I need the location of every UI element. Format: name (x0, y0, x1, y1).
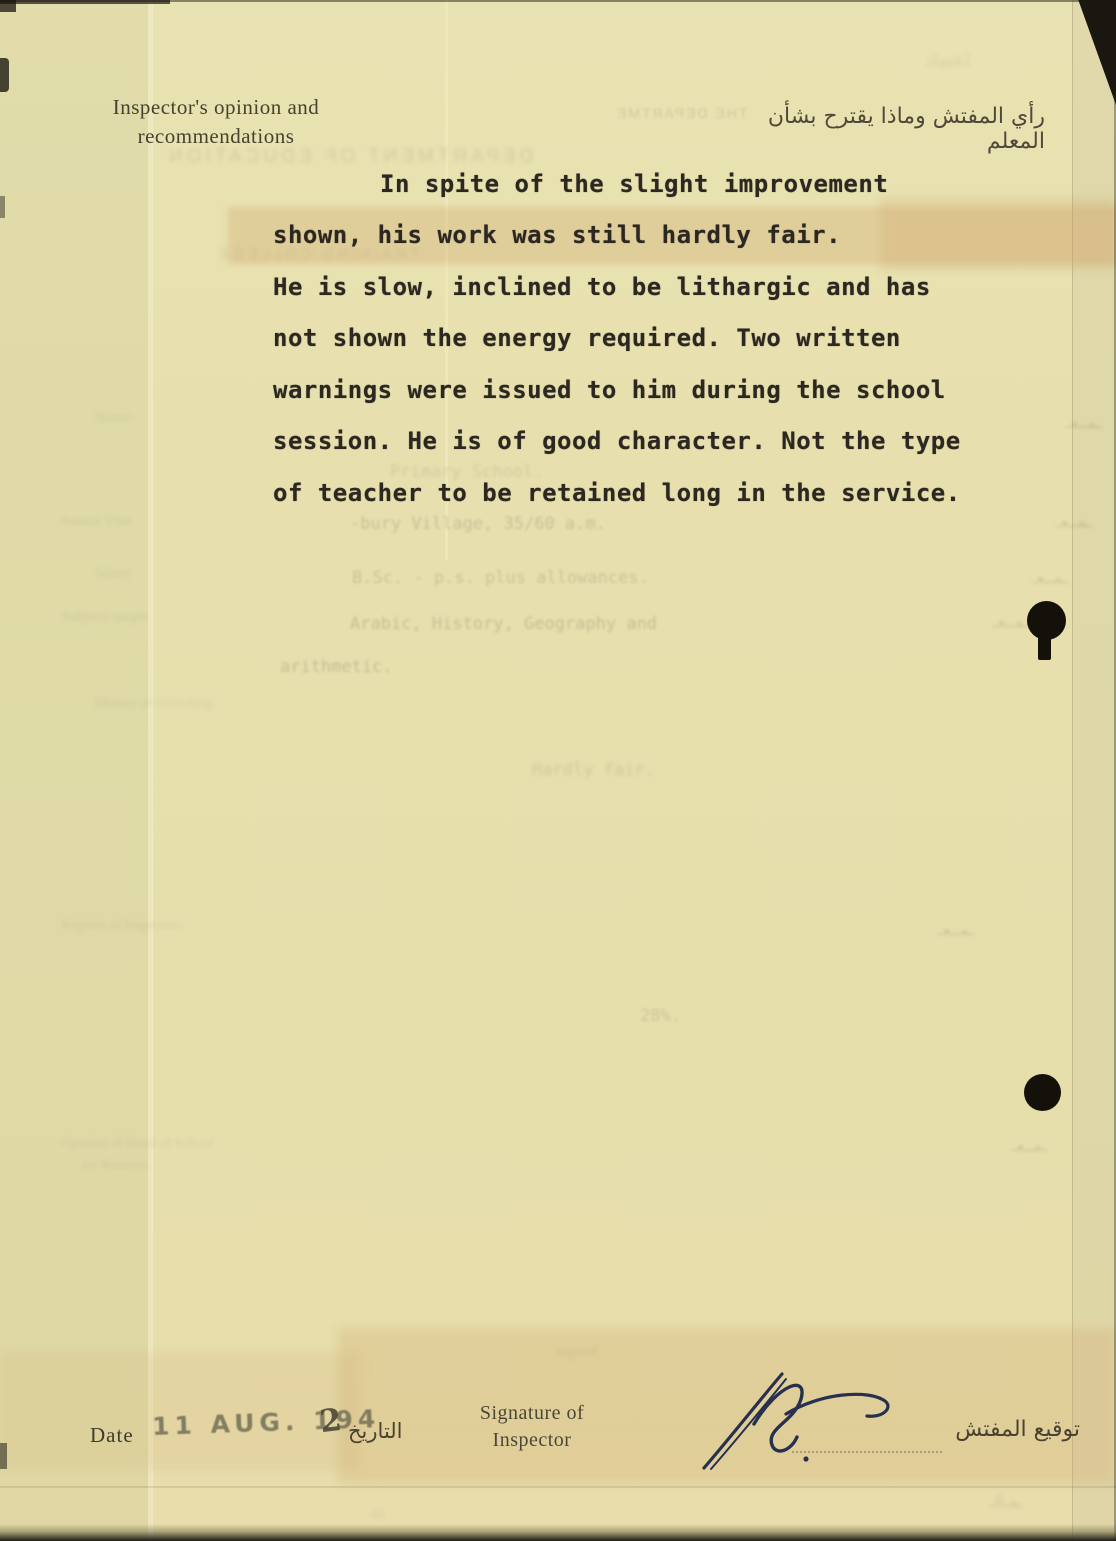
bleedthrough-text: Arabic, History, Geography and (350, 614, 657, 634)
date-label: Date (90, 1423, 134, 1448)
inspector-signature (688, 1366, 898, 1471)
bleedthrough-arabic-smudge: ـمــعـ (1056, 512, 1092, 531)
bleedthrough-text: Primary School. (390, 462, 544, 482)
page-edge-top-left (0, 0, 170, 4)
bleedthrough-text: THE DEPARTME (615, 105, 747, 121)
page-edge-bottom (0, 1524, 1116, 1541)
bleedthrough-text: signed (556, 1343, 598, 1361)
bleedthrough-text: TRAINING COLLEGE (215, 246, 419, 264)
bleedthrough-arabic-smudge: ـمـالـ (990, 1492, 1023, 1511)
remarks-line: of teacher to be retained long in the se… (273, 479, 961, 507)
bleedthrough-text: arithmetic. (280, 657, 393, 677)
paper-tone-left-column (0, 0, 152, 1541)
date-label-arabic: التاريخ (348, 1419, 403, 1443)
bleedthrough-text: Opinion of Head of School (62, 1136, 214, 1152)
bleedthrough-text: Reports of Inspectors (62, 918, 182, 934)
scanned-inspection-report-page: Inspector's opinion and recommendations … (0, 0, 1116, 1541)
bleedthrough-text: B.Sc. - p.s. plus allowances. (352, 568, 649, 588)
section-title-arabic: رأي المفتش وماذا يقترح بشأن المعلم (740, 104, 1045, 154)
remarks-line: warnings were issued to him during the s… (273, 376, 946, 404)
bleedthrough-text: (or Reason) (82, 1158, 148, 1174)
remarks-line: He is slow, inclined to be lithargic and… (273, 273, 931, 301)
bleedthrough-text: Hardly fair. (532, 760, 655, 780)
bleedthrough-arabic-smudge: ـمــعـ (938, 920, 974, 939)
signature-label-line2: Inspector (452, 1427, 612, 1454)
hole-punch-top-tail (1038, 633, 1051, 660)
section-title-line1: Inspector's opinion and (82, 93, 350, 122)
signature-dotted-line (792, 1450, 942, 1453)
bleedthrough-text: 48 (370, 1508, 384, 1524)
signature-label-arabic: توقيع المفتش (938, 1417, 1080, 1442)
bleedthrough-text: DEPARTMENT OF EDUCATION (165, 146, 533, 168)
page-edge-mark (0, 1443, 7, 1469)
signature-label-line1: Signature of (452, 1400, 612, 1427)
bleedthrough-text: Name (95, 410, 131, 427)
bleedthrough-text: Annual Visit (60, 514, 131, 530)
paper-stain-band-top-right (880, 198, 1116, 270)
page-edge-mark (0, 196, 5, 218)
bleedthrough-text: 28%. (640, 1006, 681, 1026)
remarks-line: shown, his work was still hardly fair. (273, 221, 841, 249)
paper-crease-line (0, 1486, 1116, 1488)
bleedthrough-arabic-smudge: ـمــعـ (993, 612, 1029, 631)
remarks-line: In spite of the slight improvement (380, 170, 888, 198)
bleedthrough-text: History of Schooling (95, 696, 212, 712)
section-title-english: Inspector's opinion and recommendations (82, 93, 350, 151)
bleedthrough-text: -bury Village, 35/60 a.m. (350, 514, 606, 534)
bleedthrough-arabic-smudge: ـمــعـ (1066, 413, 1102, 432)
faint-pencil-note: اعتماد (925, 50, 970, 71)
bleedthrough-arabic-smudge: ـمــعـ (1032, 568, 1068, 587)
date-stamp-handwritten-digit: 2 (318, 1402, 344, 1440)
bleedthrough-arabic-smudge: ـمــعـ (1012, 1136, 1048, 1155)
bleedthrough-text: Salary (95, 566, 131, 582)
bleedthrough-text: Subjects taught (62, 610, 148, 626)
page-edge-mark (0, 0, 16, 12)
remarks-line: not shown the energy required. Two writt… (273, 324, 901, 352)
page-edge-mark (0, 58, 9, 92)
remarks-line: session. He is of good character. Not th… (273, 427, 961, 455)
hole-punch-bottom (1024, 1074, 1061, 1111)
scan-fold-line (148, 0, 153, 1541)
signature-of-inspector-label: Signature of Inspector (452, 1400, 612, 1454)
